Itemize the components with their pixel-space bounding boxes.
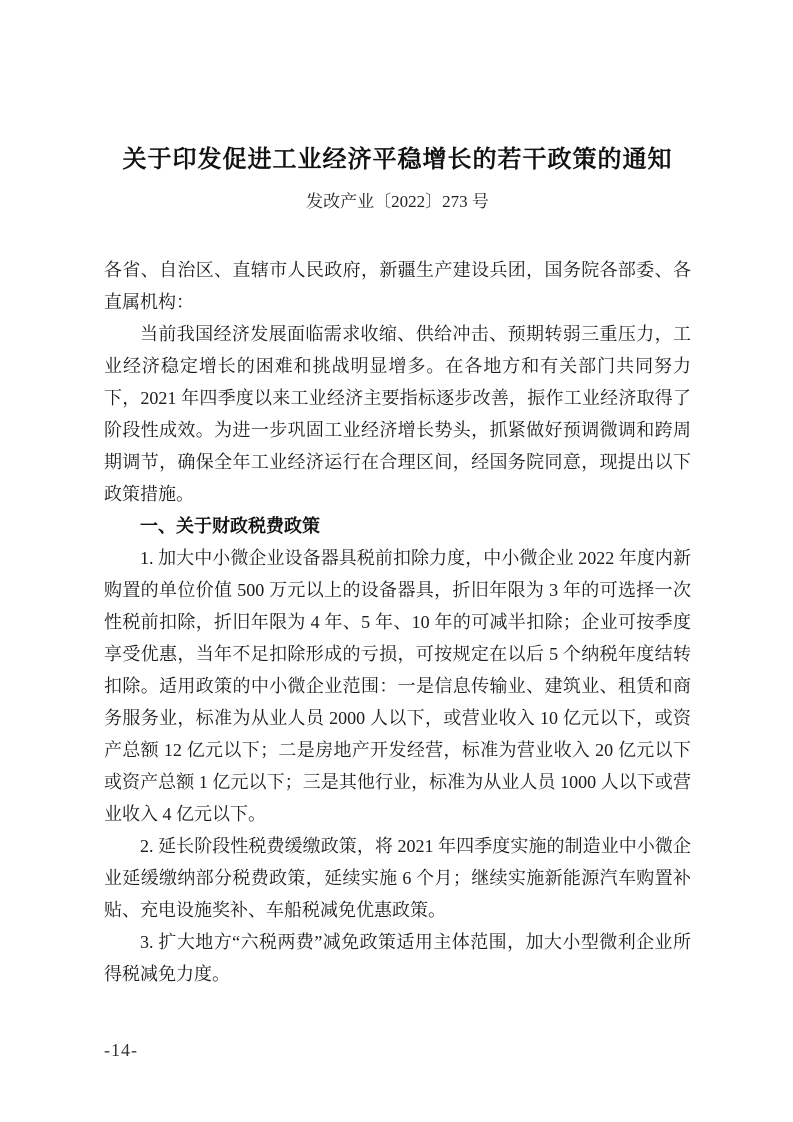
document-title: 关于印发促进工业经济平稳增长的若干政策的通知 xyxy=(104,142,691,178)
salutation-paragraph: 各省、自治区、直辖市人民政府，新疆生产建设兵团，国务院各部委、各直属机构： xyxy=(104,254,691,318)
document-number: 发改产业〔2022〕273 号 xyxy=(104,190,691,214)
policy-item-3: 3. 扩大地方“六税两费”减免政策适用主体范围，加大小型微利企业所得税减免力度。 xyxy=(104,926,691,990)
policy-item-2: 2. 延长阶段性税费缓缴政策，将 2021 年四季度实施的制造业中小微企业延缓缴… xyxy=(104,830,691,926)
page-number: -14- xyxy=(104,1038,138,1062)
policy-item-1: 1. 加大中小微企业设备器具税前扣除力度，中小微企业 2022 年度内新购置的单… xyxy=(104,542,691,830)
section-heading-fiscal-tax-policy: 一、关于财政税费政策 xyxy=(104,510,691,542)
document-page: 关于印发促进工业经济平稳增长的若干政策的通知 发改产业〔2022〕273 号 各… xyxy=(0,0,793,1122)
intro-paragraph: 当前我国经济发展面临需求收缩、供给冲击、预期转弱三重压力，工业经济稳定增长的困难… xyxy=(104,318,691,510)
document-body: 各省、自治区、直辖市人民政府，新疆生产建设兵团，国务院各部委、各直属机构： 当前… xyxy=(104,254,691,990)
